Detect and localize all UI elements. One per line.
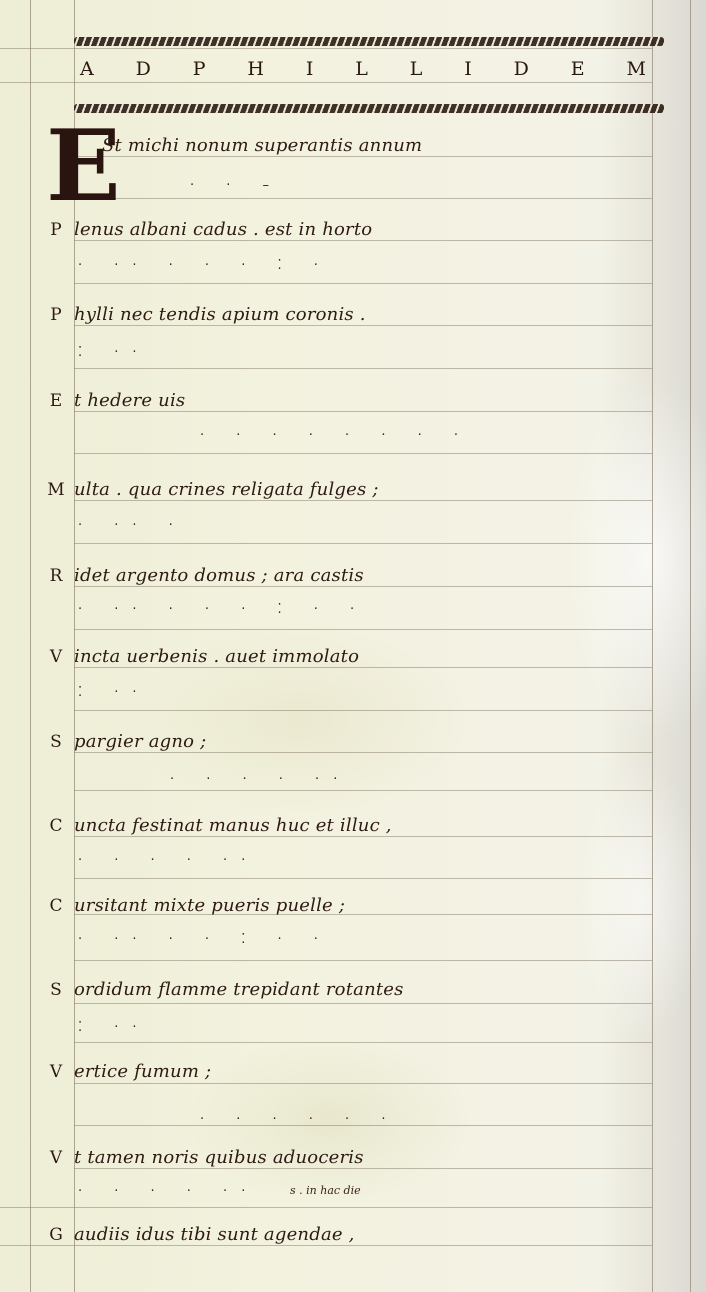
neume-row: ⁚ ·· bbox=[78, 685, 151, 701]
neume-row: · ·· · · ⁚ · · bbox=[78, 932, 332, 948]
margin-rule-edge bbox=[690, 0, 691, 1292]
interlinear-gloss: s . in hac die bbox=[290, 1184, 361, 1197]
neume-row: · ·· · · · ⁚ · bbox=[78, 258, 332, 274]
ruling bbox=[74, 283, 652, 284]
title-letter: I bbox=[464, 58, 472, 80]
title-letter: H bbox=[247, 58, 264, 80]
ruling bbox=[0, 1207, 652, 1208]
ruling bbox=[74, 586, 652, 587]
ruling bbox=[0, 82, 652, 83]
line-text: uncta festinat manus huc et illuc , bbox=[74, 815, 392, 836]
ruling bbox=[74, 1003, 652, 1004]
verse-line: V ertice fumum ; bbox=[38, 1054, 211, 1082]
line-capital: V bbox=[38, 1062, 74, 1082]
verse-line: M ulta . qua crines religata fulges ; bbox=[38, 472, 379, 500]
verse-line: V t tamen noris quibus aduoceris bbox=[38, 1140, 364, 1168]
line-text: hylli nec tendis apium coronis . bbox=[74, 304, 366, 325]
decorative-rope-border-top bbox=[74, 37, 664, 46]
line-capital: E bbox=[38, 391, 74, 411]
title-letter: I bbox=[306, 58, 314, 80]
line-capital: P bbox=[38, 305, 74, 325]
verse-line: V incta uerbenis . auet immolato bbox=[38, 639, 359, 667]
line-text: audiis idus tibi sunt agendae , bbox=[74, 1224, 355, 1245]
ruling bbox=[74, 368, 652, 369]
line-capital: G bbox=[38, 1225, 74, 1245]
manuscript-page: A D P H I L L I D E M E St michi nonum s… bbox=[0, 0, 706, 1292]
ruling bbox=[0, 1245, 652, 1246]
ruling bbox=[74, 156, 652, 157]
line-text: ulta . qua crines religata fulges ; bbox=[74, 479, 379, 500]
title-heading: A D P H I L L I D E M bbox=[74, 54, 654, 84]
verse-line: St michi nonum superantis annum bbox=[66, 128, 422, 156]
ruling bbox=[74, 960, 652, 961]
decorative-rope-border-bottom bbox=[74, 104, 664, 113]
ruling bbox=[74, 1042, 652, 1043]
ruling bbox=[74, 453, 652, 454]
line-text: t tamen noris quibus aduoceris bbox=[74, 1147, 364, 1168]
line-capital: P bbox=[38, 220, 74, 240]
ruling bbox=[74, 790, 652, 791]
title-letter: D bbox=[136, 58, 151, 80]
ruling bbox=[74, 325, 652, 326]
verse-line: P hylli nec tendis apium coronis . bbox=[38, 297, 366, 325]
neume-row: ⁚ ·· bbox=[78, 1020, 151, 1036]
line-text: incta uerbenis . auet immolato bbox=[74, 646, 359, 667]
line-capital: C bbox=[38, 896, 74, 916]
line-text: pargier agno ; bbox=[74, 731, 206, 752]
verse-line: S ordidum flamme trepidant rotantes bbox=[38, 972, 404, 1000]
ruling bbox=[74, 240, 652, 241]
line-capital: M bbox=[38, 480, 74, 500]
line-capital: S bbox=[38, 732, 74, 752]
ruling bbox=[74, 1083, 652, 1084]
ruling bbox=[74, 752, 652, 753]
neume-row: · · – bbox=[190, 178, 283, 194]
line-capital: S bbox=[38, 980, 74, 1000]
verse-line: C uncta festinat manus huc et illuc , bbox=[38, 808, 392, 836]
neume-row: · ·· · bbox=[78, 518, 187, 534]
line-capital: V bbox=[38, 647, 74, 667]
ruling bbox=[74, 836, 652, 837]
title-letter: L bbox=[355, 58, 368, 80]
line-text: lenus albani cadus . est in horto bbox=[74, 219, 372, 240]
neume-row: · · · · ·· bbox=[78, 1184, 259, 1200]
ruling bbox=[74, 710, 652, 711]
verse-line: G audiis idus tibi sunt agendae , bbox=[38, 1217, 355, 1245]
ruling bbox=[74, 411, 652, 412]
line-text: ordidum flamme trepidant rotantes bbox=[74, 979, 404, 1000]
line-text: t hedere uis bbox=[74, 390, 185, 411]
line-text: ursitant mixte pueris puelle ; bbox=[74, 895, 345, 916]
ruling bbox=[74, 543, 652, 544]
neume-row: · · · · ·· bbox=[170, 772, 351, 788]
neume-row: · · · · · · bbox=[200, 1112, 399, 1128]
ruling bbox=[74, 1168, 652, 1169]
line-capital: V bbox=[38, 1148, 74, 1168]
verse-line: S pargier agno ; bbox=[38, 724, 206, 752]
title-letter: D bbox=[514, 58, 529, 80]
line-capital: C bbox=[38, 816, 74, 836]
line-capital: R bbox=[38, 566, 74, 586]
neume-row: · · · · · · · · bbox=[200, 428, 472, 444]
ruling bbox=[74, 667, 652, 668]
verse-line: P lenus albani cadus . est in horto bbox=[38, 212, 372, 240]
ruling bbox=[0, 48, 652, 49]
title-letter: M bbox=[626, 58, 645, 80]
ruling bbox=[74, 629, 652, 630]
line-text: ertice fumum ; bbox=[74, 1061, 211, 1082]
title-letter: E bbox=[571, 58, 585, 80]
verse-line: R idet argento domus ; ara castis bbox=[38, 558, 364, 586]
ruling bbox=[74, 198, 652, 199]
line-text: idet argento domus ; ara castis bbox=[74, 565, 364, 586]
verse-line: C ursitant mixte pueris puelle ; bbox=[38, 888, 345, 916]
title-letter: A bbox=[80, 58, 94, 80]
margin-rule-right bbox=[652, 0, 653, 1292]
line-text: St michi nonum superantis annum bbox=[102, 135, 422, 156]
neume-row: ⁚ ·· bbox=[78, 345, 151, 361]
neume-row: · · · · ·· bbox=[78, 853, 259, 869]
verse-line: E t hedere uis bbox=[38, 383, 185, 411]
ruling bbox=[74, 878, 652, 879]
title-letter: P bbox=[193, 58, 206, 80]
ruling bbox=[74, 500, 652, 501]
margin-rule-outer bbox=[30, 0, 31, 1292]
title-letter: L bbox=[410, 58, 423, 80]
neume-row: · ·· · · · ⁚ · · bbox=[78, 602, 368, 618]
